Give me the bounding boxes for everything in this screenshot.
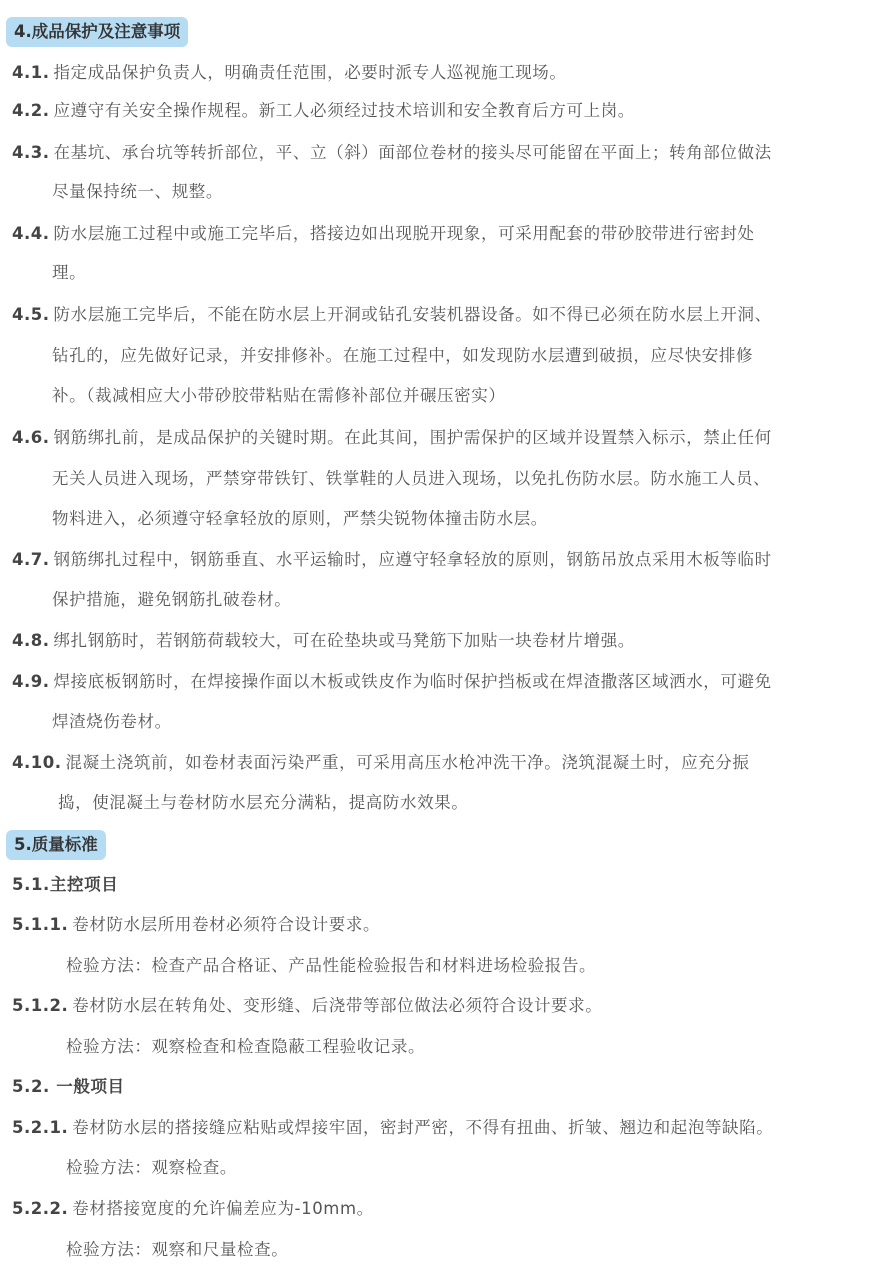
item-text: 卷材搭接宽度的允许偏差应为-10mm。	[72, 1199, 374, 1218]
item-5-1-2: 5.1.2.卷材防水层在转角处、变形缝、后浇带等部位做法必须符合设计要求。	[0, 995, 602, 1017]
item-5-2-2-method: 检验方法：观察和尺量检查。	[0, 1239, 288, 1261]
item-4-4-cont: 理。	[0, 262, 86, 284]
item-text: 在基坑、承台坑等转折部位，平、立（斜）面部位卷材的接头尽可能留在平面上；转角部位…	[54, 143, 772, 162]
item-number: 4.5.	[12, 305, 50, 324]
item-number: 4.8.	[12, 631, 50, 650]
item-text: 焊接底板钢筋时，在焊接操作面以木板或铁皮作为临时保护挡板或在焊渣撒落区域洒水，可…	[54, 672, 772, 691]
section-5-heading: 5.质量标准	[6, 830, 106, 860]
item-5-1-1: 5.1.1.卷材防水层所用卷材必须符合设计要求。	[0, 914, 380, 936]
item-number: 4.7.	[12, 550, 50, 569]
item-text: 应遵守有关安全操作规程。新工人必须经过技术培训和安全教育后方可上岗。	[54, 101, 635, 120]
item-5-1-1-method: 检验方法：检查产品合格证、产品性能检验报告和材料进场检验报告。	[0, 955, 596, 977]
item-number: 4.6.	[12, 428, 50, 447]
item-4-5: 4.5.防水层施工完毕后，不能在防水层上开洞或钻孔安装机器设备。如不得已必须在防…	[0, 304, 772, 326]
item-5-1-2-method: 检验方法：观察检查和检查隐蔽工程验收记录。	[0, 1036, 425, 1058]
item-4-3: 4.3.在基坑、承台坑等转折部位，平、立（斜）面部位卷材的接头尽可能留在平面上；…	[0, 142, 772, 164]
item-4-9-cont: 焊渣烧伤卷材。	[0, 711, 172, 733]
item-text: 指定成品保护负责人，明确责任范围，必要时派专人巡视施工现场。	[54, 63, 567, 82]
item-text: 卷材防水层在转角处、变形缝、后浇带等部位做法必须符合设计要求。	[72, 996, 602, 1015]
item-4-10: 4.10.混凝土浇筑前，如卷材表面污染严重，可采用高压水枪冲洗干净。浇筑混凝土时…	[0, 752, 749, 774]
item-5-2-2: 5.2.2.卷材搭接宽度的允许偏差应为-10mm。	[0, 1198, 374, 1220]
item-number: 4.3.	[12, 143, 50, 162]
item-number: 5.2.2.	[12, 1199, 68, 1218]
item-text: 卷材防水层的搭接缝应粘贴或焊接牢固，密封严密，不得有扭曲、折皱、翘边和起泡等缺陷…	[72, 1118, 773, 1137]
item-text: 绑扎钢筋时，若钢筋荷载较大，可在砼垫块或马凳筋下加贴一块卷材片增强。	[54, 631, 635, 650]
item-4-4: 4.4.防水层施工过程中或施工完毕后，搭接边如出现脱开现象，可采用配套的带砂胶带…	[0, 223, 755, 245]
item-number: 4.9.	[12, 672, 50, 691]
subsection-5-2-heading: 5.2. 一般项目	[0, 1076, 125, 1098]
item-text: 混凝土浇筑前，如卷材表面污染严重，可采用高压水枪冲洗干净。浇筑混凝土时，应充分振	[65, 753, 749, 772]
item-number: 4.4.	[12, 224, 50, 243]
item-4-5-cont-1: 钻孔的，应先做好记录，并安排修补。在施工过程中，如发现防水层遭到破损，应尽快安排…	[0, 345, 753, 367]
item-4-5-cont-2: 补。（裁减相应大小带砂胶带粘贴在需修补部位并碾压密实）	[0, 385, 505, 407]
item-number: 4.1.	[12, 63, 50, 82]
item-4-2: 4.2.应遵守有关安全操作规程。新工人必须经过技术培训和安全教育后方可上岗。	[0, 100, 635, 122]
item-number: 5.2.1.	[12, 1118, 68, 1137]
item-text: 防水层施工过程中或施工完毕后，搭接边如出现脱开现象，可采用配套的带砂胶带进行密封…	[54, 224, 755, 243]
item-5-2-1: 5.2.1.卷材防水层的搭接缝应粘贴或焊接牢固，密封严密，不得有扭曲、折皱、翘边…	[0, 1117, 773, 1139]
item-number: 4.10.	[12, 753, 61, 772]
section-4-heading: 4.成品保护及注意事项	[6, 17, 188, 47]
item-4-3-cont: 尽量保持统一、规整。	[0, 181, 223, 203]
item-number: 5.1.1.	[12, 915, 68, 934]
item-number: 5.1.2.	[12, 996, 68, 1015]
item-4-1: 4.1.指定成品保护负责人，明确责任范围，必要时派专人巡视施工现场。	[0, 62, 567, 84]
subsection-5-1-heading: 5.1.主控项目	[0, 874, 118, 896]
item-4-7: 4.7.钢筋绑扎过程中，钢筋垂直、水平运输时，应遵守轻拿轻放的原则，钢筋吊放点采…	[0, 549, 772, 571]
item-text: 防水层施工完毕后，不能在防水层上开洞或钻孔安装机器设备。如不得已必须在防水层上开…	[54, 305, 772, 324]
item-4-9: 4.9.焊接底板钢筋时，在焊接操作面以木板或铁皮作为临时保护挡板或在焊渣撒落区域…	[0, 671, 772, 693]
item-5-2-1-method: 检验方法：观察检查。	[0, 1157, 237, 1179]
item-4-6-cont-2: 物料进入，必须遵守轻拿轻放的原则，严禁尖锐物体撞击防水层。	[0, 508, 548, 530]
item-4-6-cont-1: 无关人员进入现场，严禁穿带铁钉、铁掌鞋的人员进入现场，以免扎伤防水层。防水施工人…	[0, 468, 770, 490]
item-text: 钢筋绑扎前，是成品保护的关键时期。在此其间，围护需保护的区域并设置禁入标示，禁止…	[54, 428, 772, 447]
item-4-7-cont: 保护措施，避免钢筋扎破卷材。	[0, 589, 291, 611]
item-text: 钢筋绑扎过程中，钢筋垂直、水平运输时，应遵守轻拿轻放的原则，钢筋吊放点采用木板等…	[54, 550, 772, 569]
item-number: 4.2.	[12, 101, 50, 120]
item-4-10-cont: 捣，使混凝土与卷材防水层充分满粘，提高防水效果。	[0, 792, 468, 814]
item-text: 卷材防水层所用卷材必须符合设计要求。	[72, 915, 380, 934]
item-4-6: 4.6.钢筋绑扎前，是成品保护的关键时期。在此其间，围护需保护的区域并设置禁入标…	[0, 427, 772, 449]
item-4-8: 4.8.绑扎钢筋时，若钢筋荷载较大，可在砼垫块或马凳筋下加贴一块卷材片增强。	[0, 630, 635, 652]
